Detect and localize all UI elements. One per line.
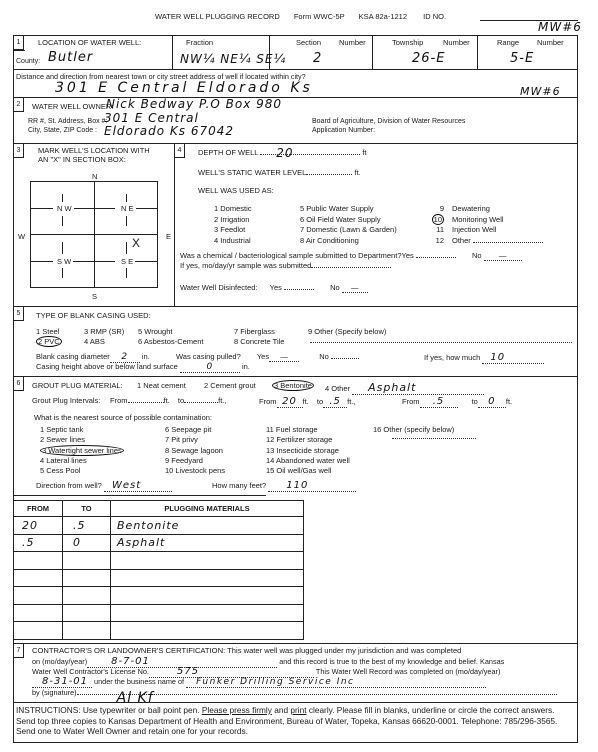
interval-3-from[interactable]: .5 — [420, 396, 458, 408]
sample-yes-field[interactable] — [416, 257, 456, 258]
disinfected-yes-field[interactable] — [284, 289, 314, 290]
table-header: FROM TO PLUGGING MATERIALS — [14, 501, 304, 517]
source-seepage[interactable]: 6 Seepage pit — [165, 425, 225, 435]
static-level-label: WELL'S STATIC WATER LEVEL ft. — [198, 168, 361, 177]
use-other[interactable]: Other — [452, 236, 543, 247]
fraction-field[interactable]: NW¼ NE¼ SE¼ — [180, 52, 286, 66]
business-name-field[interactable]: Funker Drilling Service Inc — [186, 677, 486, 688]
pulled-label: Was casing pulled? Yes— No — [176, 352, 359, 362]
header-to: TO — [63, 501, 111, 517]
township-number-label: Number — [443, 38, 470, 47]
use-industrial[interactable]: 4 Industrial — [214, 236, 252, 247]
uses-col-2: 5 Public Water Supply 6 Oil Field Water … — [300, 204, 397, 246]
table-row — [14, 604, 304, 622]
section-field[interactable]: 2 — [313, 51, 322, 66]
casing-col-3: 5 Wrought 6 Asbestos-Cement — [138, 327, 203, 346]
source-fertilizer[interactable]: 12 Fertilizer storage — [266, 435, 350, 445]
casing-title: TYPE OF BLANK CASING USED: — [36, 311, 151, 320]
range-field[interactable]: 5-E — [510, 51, 534, 66]
source-cess-pool[interactable]: 5 Cess Pool — [40, 466, 124, 476]
use-irrigation[interactable]: 2 Irrigation — [214, 215, 252, 226]
interval-1: Fromft. toft., — [110, 396, 226, 405]
use-feedlot[interactable]: 3 Feedlot — [214, 225, 252, 236]
direction-label: Direction from well? West — [36, 480, 172, 492]
grout-neat-cement[interactable]: 1 Neat cement — [137, 381, 186, 390]
use-lawn-garden[interactable]: 7 Domestic (Lawn & Garden) — [300, 225, 397, 236]
county-label: County: — [16, 58, 40, 65]
used-as-label: WELL WAS USED AS: — [198, 186, 274, 195]
use-oil-field[interactable]: 6 Oil Field Water Supply — [300, 215, 397, 226]
sample-date-field[interactable] — [311, 267, 391, 268]
pulled-yes-field[interactable]: — — [269, 352, 299, 362]
board-label: Board of Agriculture, Division of Water … — [312, 118, 465, 125]
casing-rmp[interactable]: 3 RMP (SR) — [84, 327, 124, 337]
header-from: FROM — [14, 501, 63, 517]
source-watertight-circled[interactable]: 3 Watertight sewer lines — [40, 445, 124, 456]
height-label: Casing height above or below land surfac… — [36, 362, 250, 373]
casing-pvc-circled[interactable]: 2 PVC — [36, 336, 62, 347]
fraction-label: Fraction — [186, 38, 213, 47]
table-row — [14, 552, 304, 570]
address-field[interactable]: 301 E Central — [104, 111, 199, 125]
source-pit-privy[interactable]: 7 Pit privy — [165, 435, 225, 445]
interval-1-to[interactable] — [184, 402, 218, 403]
handwritten-id-top: MW#6 — [538, 20, 582, 34]
casing-asbestos[interactable]: 6 Asbestos-Cement — [138, 337, 203, 347]
business-line: 8-31-01 under the business name of Funke… — [32, 676, 486, 688]
id-label: ID NO. — [423, 12, 446, 21]
north-label: N — [92, 172, 97, 181]
interval-2-from[interactable]: 20 — [277, 396, 303, 408]
township-field[interactable]: 26-E — [412, 51, 445, 66]
west-label: W — [18, 232, 25, 241]
circled-option-monitoring: 10 — [432, 214, 444, 225]
use-monitoring-well[interactable]: Monitoring Well — [452, 215, 543, 226]
height-field[interactable]: 0 — [180, 362, 240, 373]
section-1-number: 1 — [13, 35, 24, 50]
application-number-label: Application Number: — [312, 127, 375, 134]
mark-title-1: MARK WELL'S LOCATION WITH — [38, 146, 150, 155]
city-field[interactable]: Eldorado Ks 67042 — [104, 124, 234, 138]
location-title: LOCATION OF WATER WELL: — [38, 38, 141, 47]
county-field[interactable]: Butler — [48, 50, 93, 65]
sources-col-2: 6 Seepage pit 7 Pit privy 8 Sewage lagoo… — [165, 425, 225, 476]
signature-field[interactable]: Al Kf — [77, 694, 557, 695]
grout-cement-grout[interactable]: 2 Cement grout — [204, 381, 256, 390]
casing-other[interactable]: 9 Other (Specify below) — [308, 327, 386, 336]
casing-col-2: 3 RMP (SR) 4 ABS — [84, 327, 124, 346]
source-insecticide[interactable]: 13 Insecticide storage — [266, 446, 350, 456]
interval-3: From.5 to0ft. — [402, 396, 512, 408]
uses-col-3: Dewatering Monitoring Well Injection Wel… — [452, 204, 543, 246]
source-abandoned-well[interactable]: 14 Abandoned water well — [266, 456, 350, 466]
interval-1-from[interactable] — [128, 402, 164, 403]
use-dewatering[interactable]: Dewatering — [452, 204, 543, 215]
mark-title-2: AN "X" IN SECTION BOX: — [38, 155, 126, 164]
casing-col-1: 1 Steel 2 PVC — [36, 327, 62, 346]
south-label: S — [92, 292, 97, 301]
distance-field[interactable]: 301 E Central Eldorado Ks — [55, 80, 313, 96]
interval-2: From20ft. to.5ft., — [259, 396, 355, 408]
section-label: Section — [296, 38, 321, 47]
table-row — [14, 569, 304, 587]
section-6-number: 6 — [13, 376, 24, 391]
casing-fiberglass[interactable]: 7 Fiberglass — [234, 327, 284, 337]
source-livestock[interactable]: 10 Livestock pens — [165, 466, 225, 476]
casing-abs[interactable]: 4 ABS — [84, 337, 124, 347]
table-row — [14, 587, 304, 605]
static-level-field[interactable] — [306, 174, 352, 175]
casing-wrought[interactable]: 5 Wrought — [138, 327, 203, 337]
form-title: WATER WELL PLUGGING RECORD Form WWC-5P K… — [155, 12, 446, 21]
how-much-field[interactable]: 10 — [482, 352, 544, 364]
disinfected-label: Water Well Disinfected: Yes No — — [180, 283, 368, 293]
grout-other[interactable]: 4 Other Asphalt — [325, 381, 484, 395]
plugging-materials-table: FROM TO PLUGGING MATERIALS 20 .5 Bentoni… — [13, 500, 304, 640]
sw-label: S W — [55, 257, 73, 266]
source-lagoon[interactable]: 8 Sewage lagoon — [165, 446, 225, 456]
section-2-number: 2 — [13, 97, 24, 112]
table-row: 20 .5 Bentonite — [14, 517, 304, 535]
disinfected-no-field[interactable]: — — [342, 283, 368, 293]
grout-title: GROUT PLUG MATERIAL: — [32, 381, 123, 390]
address-label: RR #, St. Address, Box #: — [28, 118, 107, 125]
ne-label: N E — [119, 204, 136, 213]
pulled-no-field[interactable] — [331, 358, 359, 359]
feet-label: How many feet? 110 — [212, 480, 356, 492]
section-4-number: 4 — [174, 143, 185, 158]
signature-line: by (signature)Al Kf — [32, 688, 557, 697]
source-oil-gas-well[interactable]: 15 Oil well/Gas well — [266, 466, 350, 476]
source-lateral[interactable]: 4 Lateral lines — [40, 456, 124, 466]
source-other-field[interactable] — [392, 438, 476, 439]
source-other[interactable]: 16 Other (specify below) — [373, 425, 454, 434]
sample-no-field[interactable]: — — [484, 251, 522, 261]
section-5-number: 5 — [13, 306, 24, 321]
sources-col-1: 1 Septic tank 2 Sewer lines 3 Watertight… — [40, 425, 124, 476]
casing-concrete[interactable]: 8 Concrete Tile — [234, 337, 284, 347]
record-date-field[interactable]: 8-31-01 — [32, 676, 92, 688]
interval-3-to[interactable]: 0 — [478, 396, 506, 408]
contamination-question: What is the nearest source of possible c… — [34, 413, 212, 422]
section-3-number: 3 — [13, 143, 24, 158]
casing-other-field[interactable] — [310, 342, 572, 343]
intervals-label: Grout Plug Intervals: — [32, 396, 100, 405]
source-fuel[interactable]: 11 Fuel storage — [266, 425, 350, 435]
owner-label: WATER WELL OWNER: — [32, 102, 113, 111]
source-septic[interactable]: 1 Septic tank — [40, 425, 124, 435]
nw-label: N W — [55, 204, 74, 213]
header-materials: PLUGGING MATERIALS — [111, 501, 304, 517]
city-label: City, State, ZIP Code : — [28, 127, 97, 134]
well-location-mark: X — [132, 236, 140, 250]
grout-other-field[interactable]: Asphalt — [352, 381, 484, 395]
instructions: INSTRUCTIONS: Use typewriter or ball poi… — [16, 705, 576, 737]
grout-bentonite[interactable]: 3 Bentonite — [272, 381, 314, 390]
section-7-number: 7 — [13, 643, 24, 658]
uses-col-3-nums: 9 10 11 12 — [424, 204, 444, 246]
township-label: Township — [392, 38, 423, 47]
depth-field[interactable]: 20 — [260, 154, 360, 155]
depth-label: DEPTH OF WELL 20 ft — [198, 148, 367, 157]
se-label: S E — [119, 257, 135, 266]
table-row: .5 0 Asphalt — [14, 534, 304, 552]
casing-col-4: 7 Fiberglass 8 Concrete Tile — [234, 327, 284, 346]
section-number-label: Number — [339, 38, 366, 47]
sources-col-3: 11 Fuel storage 12 Fertilizer storage 13… — [266, 425, 350, 476]
range-label: Range — [497, 38, 519, 47]
feet-field[interactable]: 110 — [268, 480, 356, 492]
use-injection-well[interactable]: Injection Well — [452, 225, 543, 236]
table-row — [14, 622, 304, 640]
use-air-conditioning[interactable]: 8 Air Conditioning — [300, 236, 397, 247]
source-feedyard[interactable]: 9 Feedyard — [165, 456, 225, 466]
use-public-supply[interactable]: 5 Public Water Supply — [300, 204, 397, 215]
how-much-label: If yes, how much 10 — [424, 352, 544, 364]
range-number-label: Number — [537, 38, 564, 47]
sample-date-label: If yes, mo/day/yr sample was submitted — [180, 261, 391, 270]
section-box[interactable]: N W N E S W S E X — [30, 181, 158, 288]
interval-2-to[interactable]: .5 — [323, 396, 347, 408]
sample-question: Was a chemical / bacteriological sample … — [180, 251, 522, 261]
uses-col-1: 1 Domestic 2 Irrigation 3 Feedlot 4 Indu… — [214, 204, 252, 246]
direction-field[interactable]: West — [104, 480, 172, 492]
east-label: E — [166, 232, 171, 241]
certification-line-1: CONTRACTOR'S OR LANDOWNER'S CERTIFICATIO… — [32, 646, 461, 655]
owner-field[interactable]: Nick Bedway P.O Box 980 — [106, 97, 282, 111]
use-domestic[interactable]: 1 Domestic — [214, 204, 252, 215]
